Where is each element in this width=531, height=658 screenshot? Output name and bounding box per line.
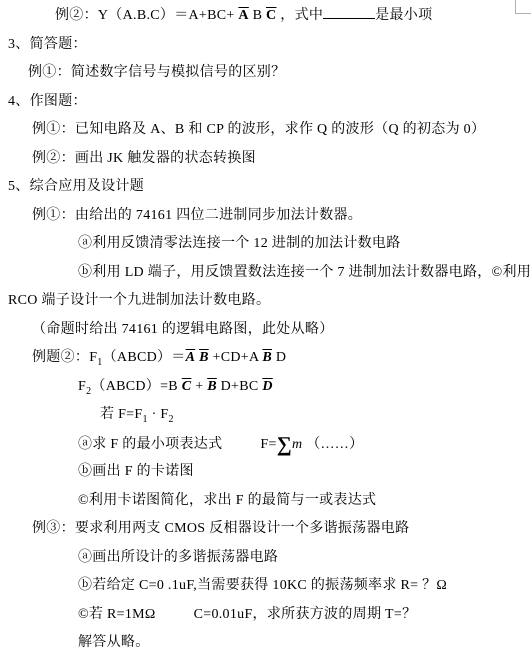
text-segment: 例③：要求利用两支 CMOS 反相器设计一个多谐振荡器电路: [32, 521, 409, 536]
text-segment: ⓐ利用反馈清零法连接一个 12 进制的加法计数电路: [78, 236, 401, 251]
text-segment: C: [266, 8, 276, 23]
section-3-short-answer: 3、简答题：: [8, 31, 531, 60]
text-segment: C=0.01uF，求所获方波的周期 T=？: [194, 607, 417, 622]
text-segment: ©若 R=1MΩ: [78, 607, 156, 622]
text-segment: · F: [148, 407, 169, 422]
text-segment: （ABCD）=B: [91, 379, 181, 394]
f-product-condition: 若 F=F1 · F2: [100, 401, 531, 430]
text-segment: A: [238, 8, 248, 23]
section-4-drawing: 4、作图题：: [8, 88, 531, 117]
text-segment: 4、作图题：: [8, 94, 87, 109]
text-segment: D+BC: [217, 379, 262, 394]
text-segment: 例①：简述数字信号与模拟信号的区别？: [28, 65, 285, 80]
text-segment: 例②：画出 JK 触发器的状态转换图: [32, 151, 256, 166]
text-segment: 若 F=F: [100, 407, 142, 422]
text-segment: ⓑ若给定 C=0 .1uF,当需要获得 10KC 的振荡频率求 R= ？Ω: [78, 578, 447, 593]
text-segment: 例题②：F: [32, 350, 97, 365]
answer-omitted: 解答从略。: [78, 629, 531, 658]
example-3-cmos-oscillator: 例③：要求利用两支 CMOS 反相器设计一个多谐振荡器电路: [32, 515, 531, 544]
text-segment: ∑: [277, 432, 292, 456]
text-segment: m: [292, 437, 302, 452]
text-segment: F: [78, 379, 86, 394]
subitem-c-rco-wrap: RCO 端子设计一个九进制加法计数电路。: [8, 287, 531, 316]
example-2-jk-flipflop: 例②：画出 JK 触发器的状态转换图: [32, 145, 531, 174]
example-2-f1-formula: 例题②：F1（ABCD）＝A B +CD+A B D: [32, 344, 531, 373]
text-segment: F=: [260, 437, 276, 452]
example-1-signal-difference: 例①：简述数字信号与模拟信号的区别？: [28, 59, 531, 88]
text-segment: 3、简答题：: [8, 37, 87, 52]
text-segment: 例①：已知电路及 A、B 和 CP 的波形，求作 Q 的波形（Q 的初态为 0）: [32, 122, 485, 137]
text-segment: [323, 4, 375, 19]
text-segment: （ABCD）＝: [103, 350, 186, 365]
subitem-c-period: ©若 R=1MΩC=0.01uF，求所获方波的周期 T=？: [78, 601, 531, 630]
example-1-waveform: 例①：已知电路及 A、B 和 CP 的波形，求作 Q 的波形（Q 的初态为 0）: [32, 116, 531, 145]
text-segment: B: [207, 379, 217, 394]
note-74161-omitted: （命题时给出 74161 的逻辑电路图，此处从略）: [32, 316, 531, 345]
subitem-a-minterm-expression: ⓐ求 F 的最小项表达式F=∑m （……）: [78, 430, 531, 459]
text-segment: 例②：Y（A.B.C）＝A+BC+: [55, 8, 238, 23]
text-segment: ⓑ画出 F 的卡诺图: [78, 464, 194, 479]
subitem-a-feedback-clear: ⓐ利用反馈清零法连接一个 12 进制的加法计数电路: [78, 230, 531, 259]
text-segment: 例①：由给出的 74161 四位二进制同步加法计数器。: [32, 208, 362, 223]
subitem-b-ld-terminal: ⓑ利用 LD 端子，用反馈置数法连接一个 7 进制加法计数器电路，©利用: [78, 259, 531, 288]
text-segment: ⓑ利用 LD 端子，用反馈置数法连接一个 7 进制加法计数器电路，©利用: [78, 265, 531, 280]
example-1-74161-counter: 例①：由给出的 74161 四位二进制同步加法计数器。: [32, 202, 531, 231]
text-segment: B: [262, 350, 272, 365]
text-segment: D: [262, 379, 272, 394]
text-segment: +CD+A: [209, 350, 263, 365]
text-segment: +: [191, 379, 207, 394]
document-page: 例②：Y（A.B.C）＝A+BC+ A B C ，式中是最小项3、简答题：例①：…: [0, 0, 531, 658]
text-segment: ，式中: [276, 8, 323, 23]
document-body: 例②：Y（A.B.C）＝A+BC+ A B C ，式中是最小项3、简答题：例①：…: [0, 2, 531, 658]
example-2-minterm-formula: 例②：Y（A.B.C）＝A+BC+ A B C ，式中是最小项: [55, 2, 531, 31]
text-segment: 2: [168, 414, 173, 425]
text-segment: D: [272, 350, 286, 365]
text-segment: （命题时给出 74161 的逻辑电路图，此处从略）: [32, 322, 334, 337]
section-5-comprehensive: 5、综合应用及设计题: [8, 173, 531, 202]
text-segment: RCO 端子设计一个九进制加法计数电路。: [8, 293, 270, 308]
text-segment: ©利用卡诺图简化，求出 F 的最简与一或表达式: [78, 493, 376, 508]
text-segment: B: [199, 350, 209, 365]
text-segment: ⓐ求 F 的最小项表达式: [78, 437, 222, 452]
text-segment: 是最小项: [375, 8, 432, 23]
subitem-b-frequency: ⓑ若给定 C=0 .1uF,当需要获得 10KC 的振荡频率求 R= ？Ω: [78, 572, 531, 601]
text-segment: A: [186, 350, 196, 365]
text-segment: 解答从略。: [78, 635, 150, 650]
subitem-a-draw-oscillator: ⓐ画出所设计的多谐振荡器电路: [78, 544, 531, 573]
subitem-b-karnaugh-map: ⓑ画出 F 的卡诺图: [78, 458, 531, 487]
subitem-c-simplify: ©利用卡诺图简化，求出 F 的最简与一或表达式: [78, 487, 531, 516]
text-segment: B: [249, 8, 266, 23]
f2-formula: F2（ABCD）=B C + B D+BC D: [78, 373, 531, 402]
text-segment: 5、综合应用及设计题: [8, 179, 144, 194]
text-segment: （……）: [302, 437, 363, 452]
text-segment: C: [182, 379, 192, 394]
text-segment: ⓐ画出所设计的多谐振荡器电路: [78, 550, 278, 565]
